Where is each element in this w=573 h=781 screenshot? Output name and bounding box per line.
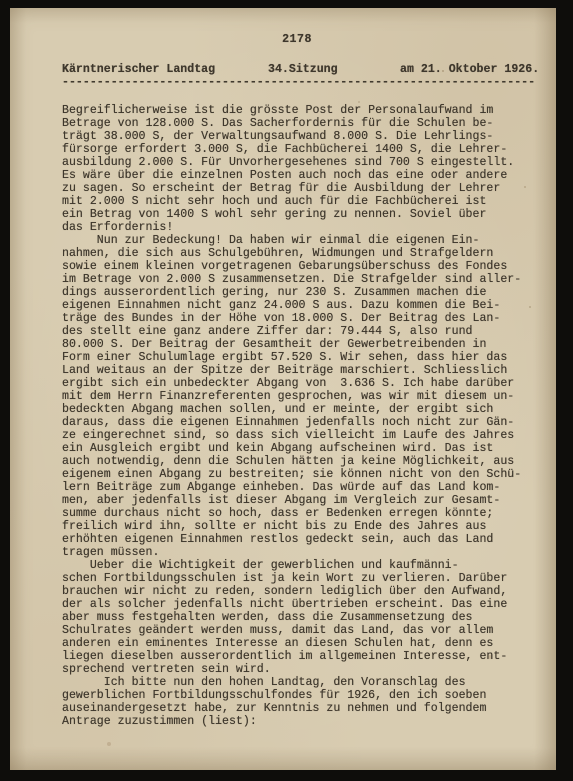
text-line: ein Betrag von 1400 S wohl sehr gering z… [62,208,542,221]
paragraph: Begreiflicherweise ist die grösste Post … [62,104,542,234]
header-title: Kärntnerischer Landtag [62,63,215,76]
document-header: Kärntnerischer Landtag 34.Sitzung am 21.… [10,63,556,76]
text-line: Nun zur Bedeckung! Da haben wir einmal d… [62,234,542,247]
text-line: sowie einem kleinen vorgetragenen Gebaru… [62,260,542,273]
text-line: zu sagen. So erscheint der Betrag für di… [62,182,542,195]
paragraph: Ueber die Wichtigkeit der gewerblichen u… [62,559,542,676]
text-line: auseinandergesetzt habe, zur Kenntnis zu… [62,702,542,715]
text-line: ein Ausgleich ergibt und kein Abgang auf… [62,442,542,455]
text-line: Ueber die Wichtigkeit der gewerblichen u… [62,559,542,572]
text-line: fürsorge erfordert 3.000 S, die Fachbüch… [62,143,542,156]
text-line: men, aber jedenfalls ist dieser Abgang i… [62,494,542,507]
text-line: brauchen wir nicht zu reden, sondern led… [62,585,542,598]
text-line: auch notwendig, denn die Schulen hätten … [62,455,542,468]
text-line: ergibt sich ein unbedeckter Abgang von 3… [62,377,542,390]
text-line: schen Fortbildungsschulen ist ja kein Wo… [62,572,542,585]
text-line: eigenen Einnahmen nicht ganz 24.000 S au… [62,299,542,312]
header-session: 34.Sitzung [268,63,338,76]
text-line: Ich bitte nun den hohen Landtag, den Vor… [62,676,542,689]
text-line: Land weitaus an der Spitze der Beiträge … [62,364,542,377]
text-line: erhöhten eigenen Einnahmen restlos gedec… [62,533,542,546]
text-line: eigenem einen Abgang zu bestreiten; sie … [62,468,542,481]
text-line: tragen müssen. [62,546,542,559]
paper: 2178 Kärntnerischer Landtag 34.Sitzung a… [10,8,556,770]
paragraph: Ich bitte nun den hohen Landtag, den Vor… [62,676,542,728]
text-line: nahmen, die sich aus Schulgebühren, Widm… [62,247,542,260]
scan-background: { "document": { "page_number": "2178", "… [0,0,573,781]
text-line: aber muss festgehalten werden, dass die … [62,611,542,624]
text-line: ze eingerechnet sind, so dass sich viell… [62,429,542,442]
text-line: daraus, dass die eigenen Einnahmen jeden… [62,416,542,429]
text-line: das Erfordernis! [62,221,542,234]
text-line: bedeckten Abgang machen sollen, und er m… [62,403,542,416]
text-line: trägt 38.000 S, der Verwaltungsaufwand 8… [62,130,542,143]
header-date: am 21. Oktober 1926. [400,63,539,76]
text-line: Schulrates geändert werden muss, damit d… [62,624,542,637]
paper-specks [10,8,12,10]
text-line: Betrage von 128.000 S. Das Sacherfordern… [62,117,542,130]
text-line: ausbildung 2.000 S. Für Unvorhergesehene… [62,156,542,169]
text-line: liegen dieselben ausserordentlich im all… [62,650,542,663]
text-line: dings ausserordentlich gering, nur 230 S… [62,286,542,299]
text-line: Begreiflicherweise ist die grösste Post … [62,104,542,117]
text-line: mit 2.000 S nicht sehr hoch und auch für… [62,195,542,208]
text-line: sprechend vertreten sein wird. [62,663,542,676]
text-line: des stellt eine ganz andere Ziffer dar: … [62,325,542,338]
text-line: 80.000 S. Der Beitrag der Gesamtheit der… [62,338,542,351]
text-line: lern Beiträge zum Abgange einheben. Das … [62,481,542,494]
text-line: Es wäre über die einzelnen Posten auch n… [62,169,542,182]
text-line: summe durchaus nicht so hoch, dass er Be… [62,507,542,520]
text-line: Antrage zuzustimmen (liest): [62,715,542,728]
text-line: freilich wird ihn, sollte er nicht bis z… [62,520,542,533]
text-line: träge des Bundes in der Höhe von 18.000 … [62,312,542,325]
text-line: Form einer Schulumlage ergibt 57.520 S. … [62,351,542,364]
text-line: der als solcher jedenfalls nicht übertri… [62,598,542,611]
text-line: gewerblichen Fortbildungsschulfondes für… [62,689,542,702]
text-line: mit dem Herrn Finanzreferenten gesproche… [62,390,542,403]
header-rule: ----------------------------------------… [62,76,535,89]
page-number: 2178 [282,33,312,46]
text-line: anderen ein eminentes Interesse an diese… [62,637,542,650]
paragraph: Nun zur Bedeckung! Da haben wir einmal d… [62,234,542,559]
document-body: Begreiflicherweise ist die grösste Post … [62,104,542,728]
text-line: im Betrage von 2.000 S zusammensetzen. D… [62,273,542,286]
